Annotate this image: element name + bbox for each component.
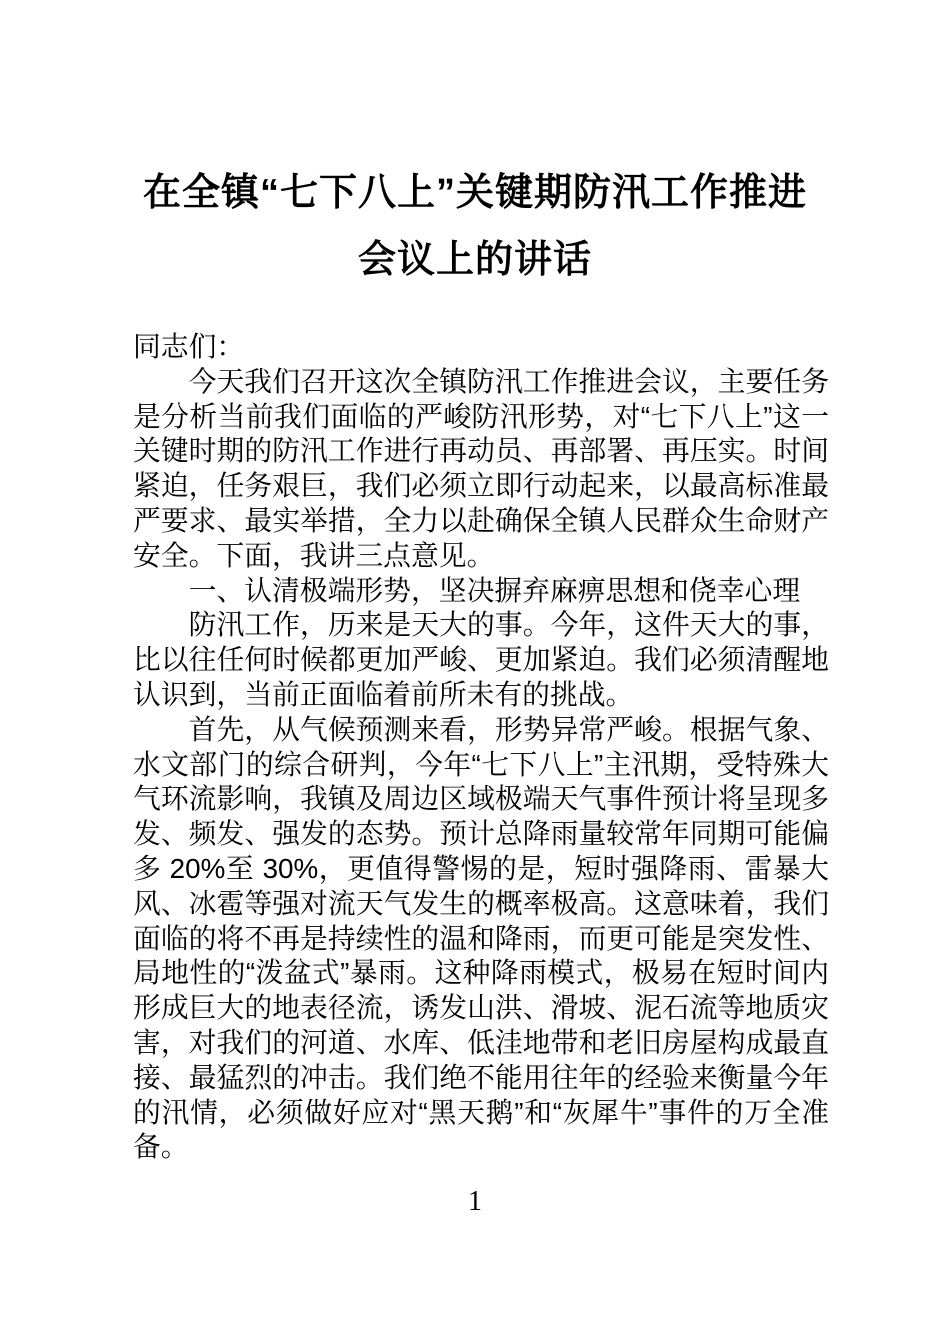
document-page: 在全镇“七下八上”关键期防汛工作推进 会议上的讲话 同志们： 今天我们召开这次全… <box>0 0 950 1344</box>
salutation-line: 同志们： <box>133 330 829 365</box>
document-body: 同志们： 今天我们召开这次全镇防汛工作推进会议，主要任务是分析当前我们面临的严峻… <box>133 330 829 1165</box>
title-line-1: 在全镇“七下八上”关键期防汛工作推进 <box>0 160 950 227</box>
paragraph-climate-forecast: 首先，从气候预测来看，形势异常严峻。根据气象、水文部门的综合研判，今年“七下八上… <box>133 713 829 1165</box>
paragraph-meeting-intro: 今天我们召开这次全镇防汛工作推进会议，主要任务是分析当前我们面临的严峻防汛形势，… <box>133 365 829 574</box>
section-heading-1: 一、认清极端形势，坚决摒弃麻痹思想和侥幸心理 <box>133 574 829 609</box>
document-title: 在全镇“七下八上”关键期防汛工作推进 会议上的讲话 <box>0 0 950 294</box>
title-line-2: 会议上的讲话 <box>0 227 950 294</box>
page-number: 1 <box>0 1185 950 1219</box>
paragraph-flood-importance: 防汛工作，历来是天大的事。今年，这件天大的事，比以往任何时候都更加严峻、更加紧迫… <box>133 608 829 712</box>
